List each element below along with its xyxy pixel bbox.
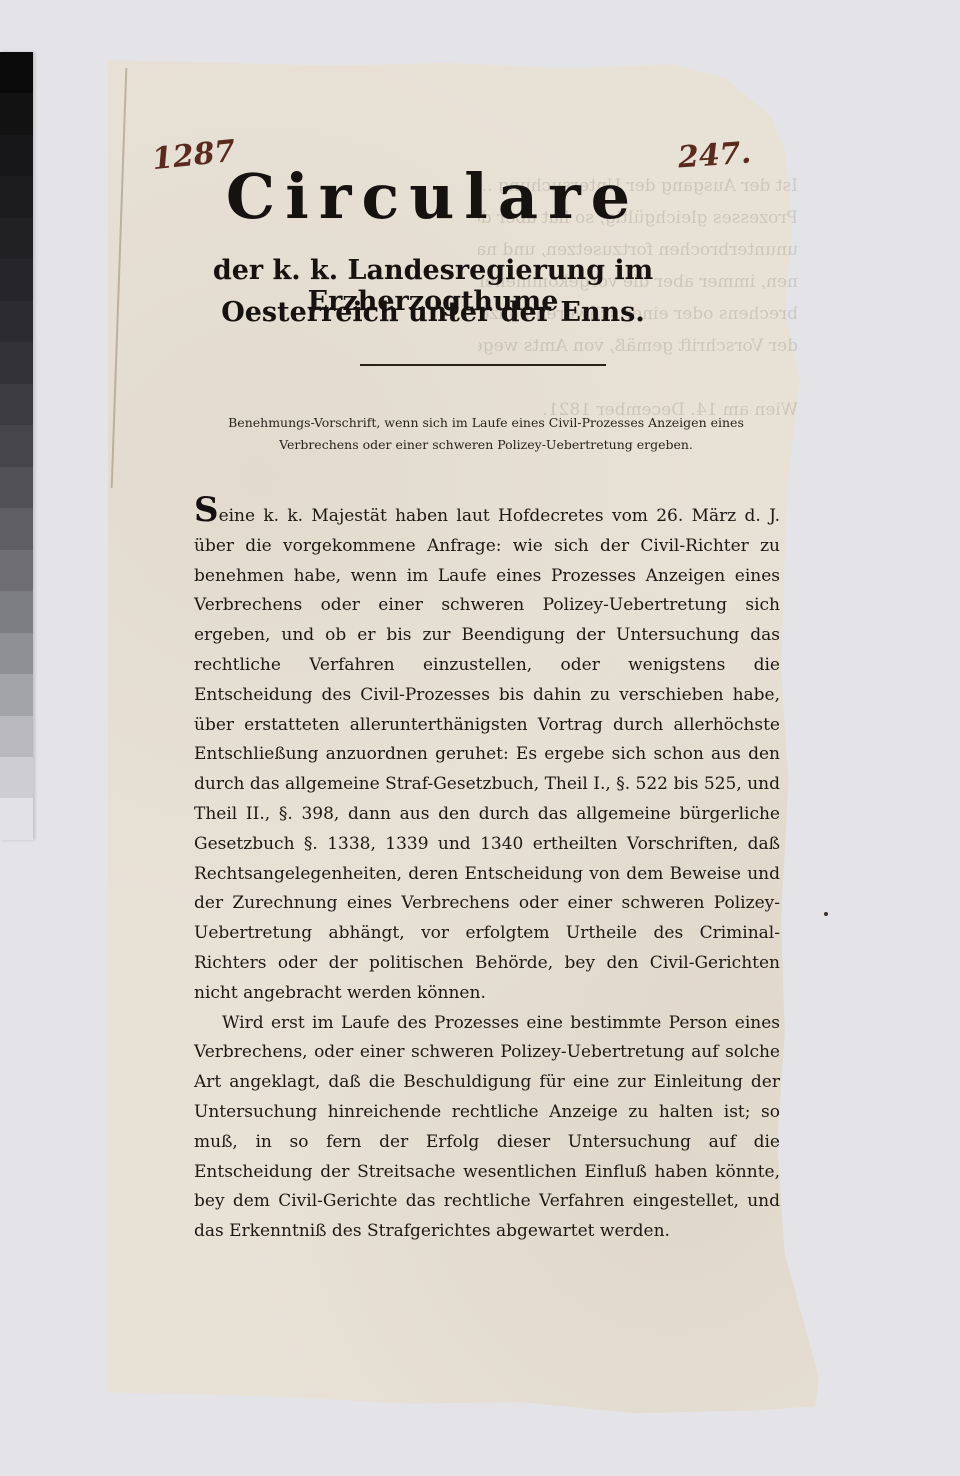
document-content: Ist der Ausgang der Untersuchung ... Ent… [108,60,860,1448]
calibration-patch [0,135,33,176]
document-subtitle-line2: Oesterreich unter der Enns. [108,297,758,328]
calibration-patch [0,591,33,632]
calibration-patch [0,674,33,715]
calibration-patch [0,342,33,383]
calibration-patch [0,259,33,300]
separator-rule [360,364,606,366]
bleed-through-line [478,362,798,394]
drop-cap: S [194,490,219,530]
paragraph-1-text: eine k. k. Majestät haben laut Hofdecret… [194,506,780,1003]
document-title: Circulare [108,160,758,233]
calibration-patch [0,218,33,259]
paragraph-1: Seine k. k. Majestät haben laut Hofdecre… [194,500,780,1009]
calibration-patch [0,52,33,93]
calibration-patch [0,176,33,217]
calibration-patch [0,633,33,674]
paragraph-2: Wird erst im Laufe des Prozesses eine be… [194,1009,780,1247]
calibration-patch [0,550,33,591]
ink-spot [824,912,828,916]
calibration-patch [0,467,33,508]
bleed-through-line: der Vorschrift gemäß, von Amts wegen sog… [478,330,798,362]
calibration-patch [0,425,33,466]
grayscale-calibration-strip [0,52,33,840]
calibration-patch [0,301,33,342]
calibration-patch [0,508,33,549]
calibration-patch [0,93,33,134]
calibration-patch [0,716,33,757]
calibration-patch [0,798,33,839]
calibration-patch [0,384,33,425]
document-summary: Benehmungs-Vorschrift, wenn sich im Lauf… [196,412,776,456]
document-body: Seine k. k. Majestät haben laut Hofdecre… [194,500,780,1247]
calibration-patch [0,757,33,798]
